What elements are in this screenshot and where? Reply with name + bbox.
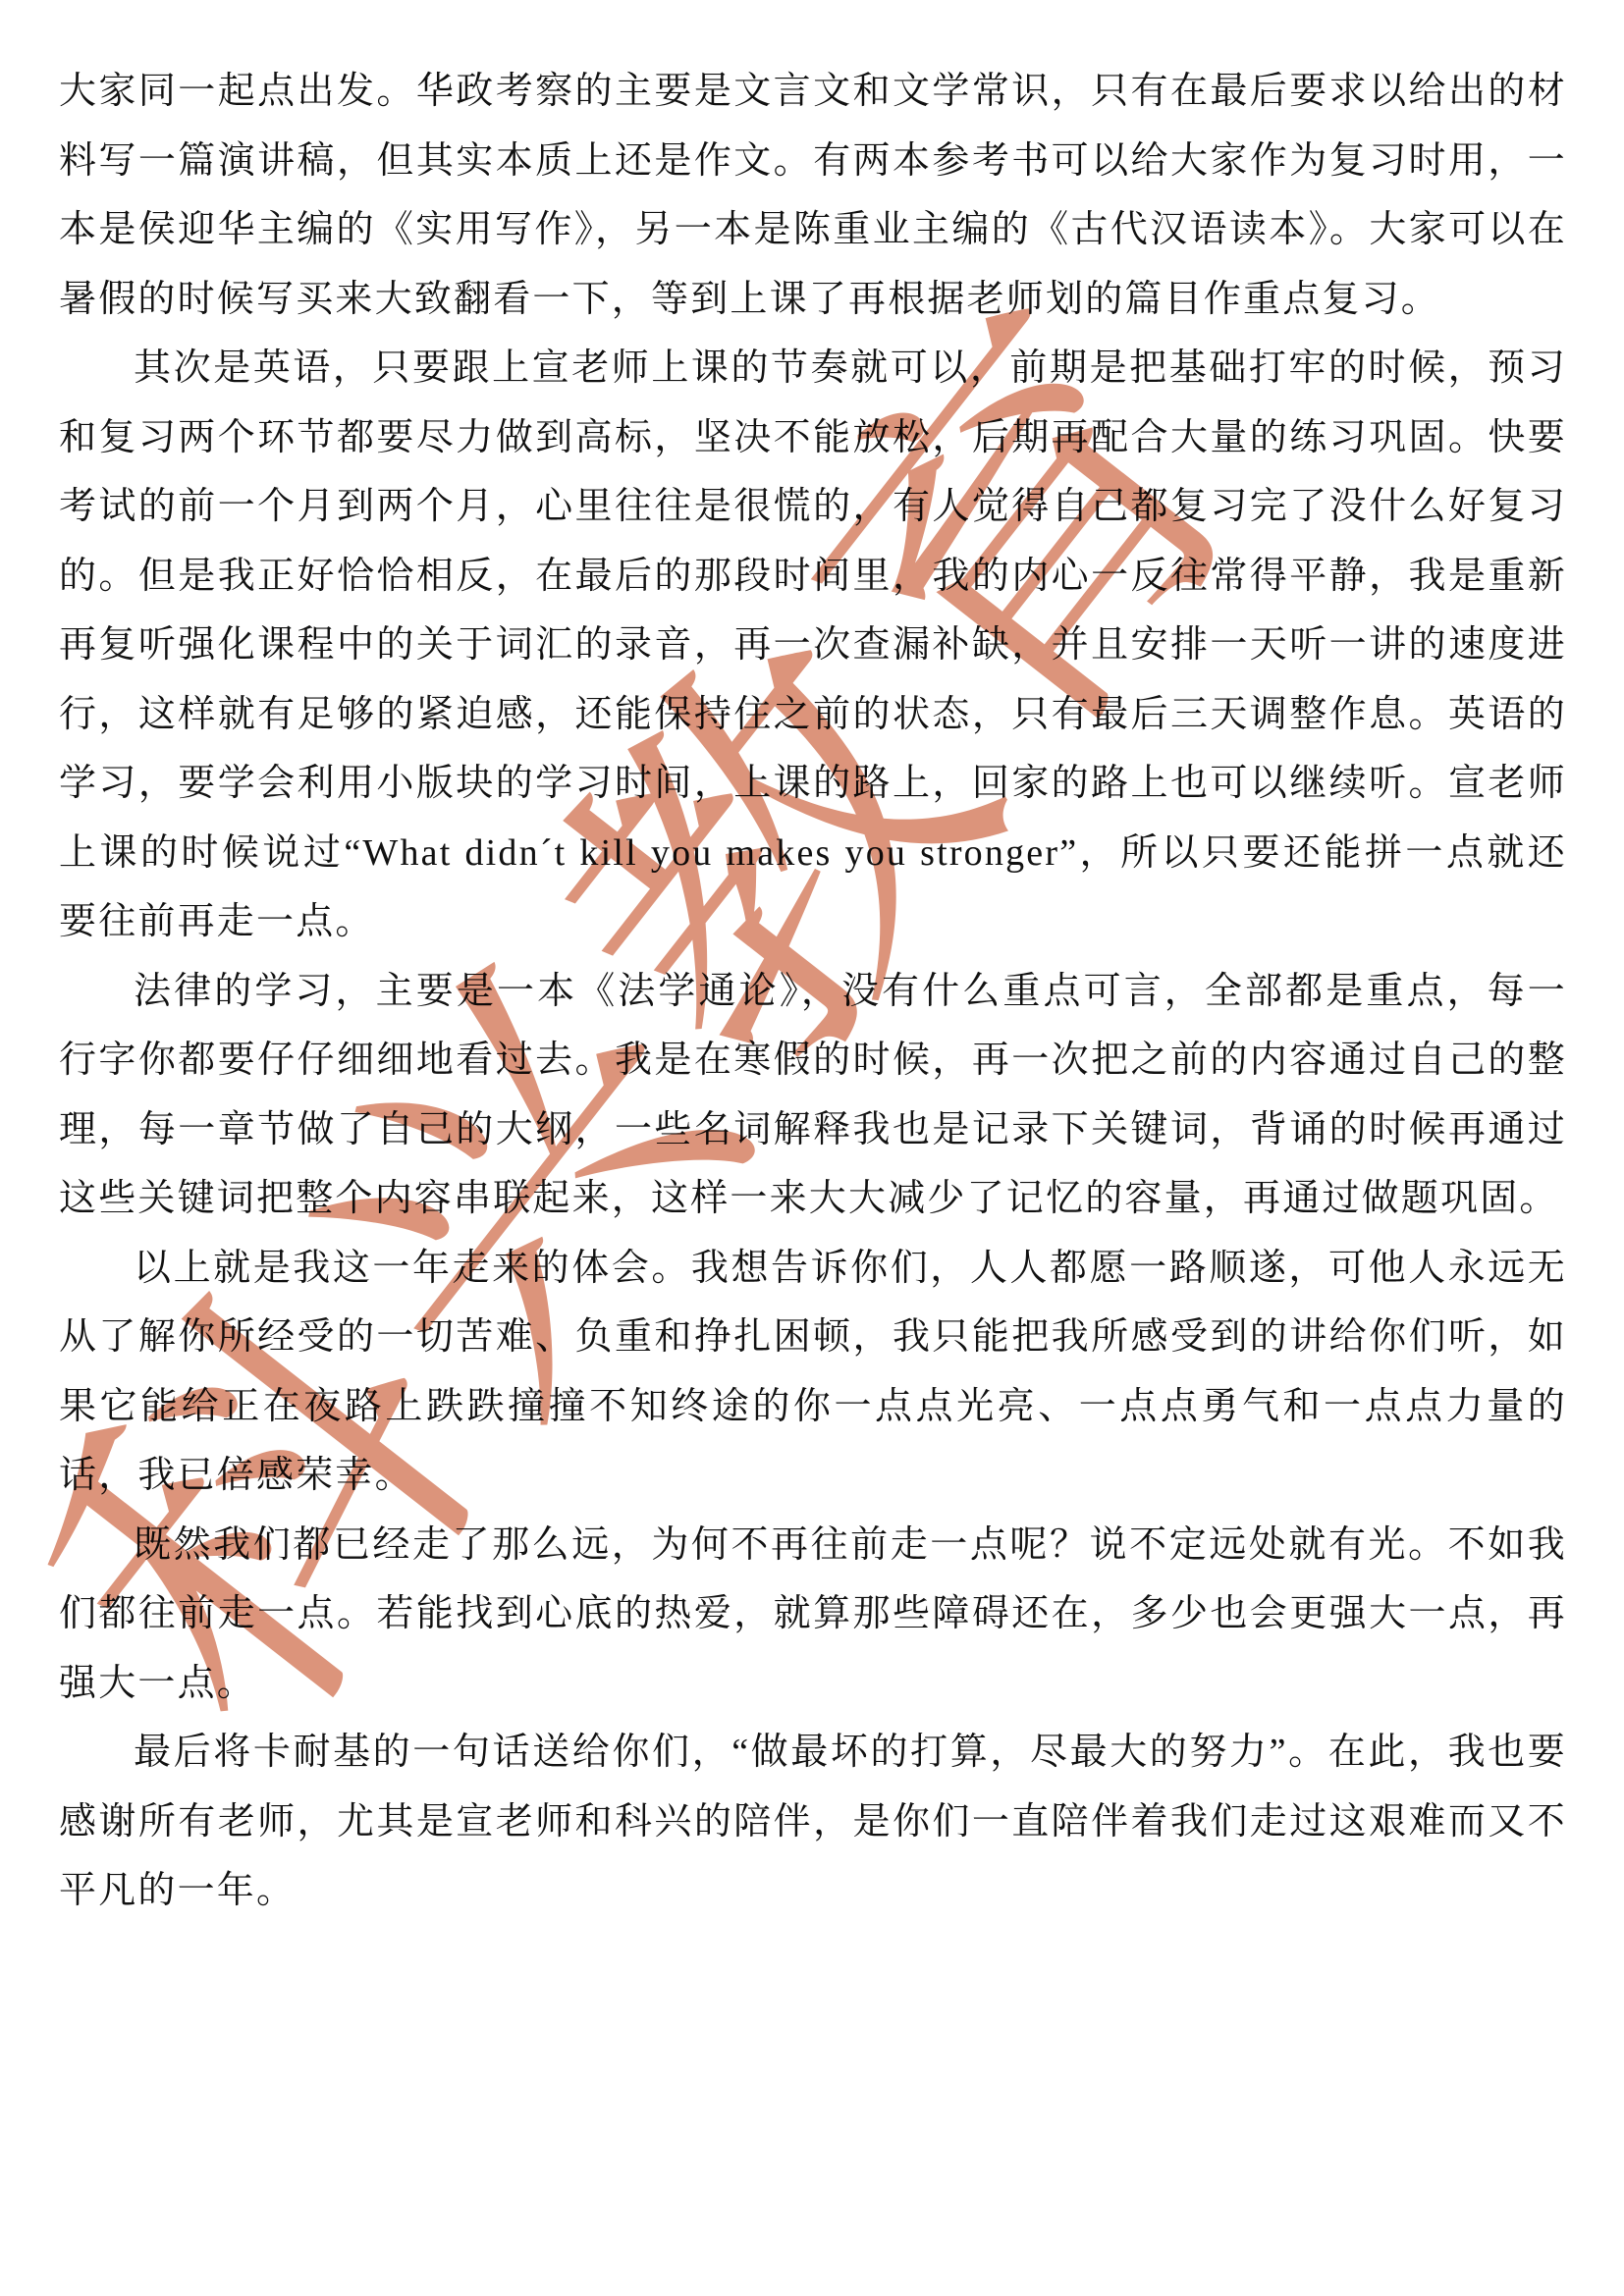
paragraph: 最后将卡耐基的一句话送给你们，“做最坏的打算，尽最大的努力”。在此，我也要感谢所… xyxy=(59,1718,1567,1926)
paragraph: 大家同一起点出发。华政考察的主要是文言文和文学常识，只有在最后要求以给出的材料写… xyxy=(59,57,1567,334)
paragraph: 法律的学习，主要是一本《法学通论》，没有什么重点可言，全部都是重点，每一行字你都… xyxy=(59,957,1567,1234)
paragraph: 其次是英语，只要跟上宣老师上课的节奏就可以，前期是把基础打牢的时候，预习和复习两… xyxy=(59,334,1567,957)
paragraph: 既然我们都已经走了那么远，为何不再往前走一点呢？说不定远处就有光。不如我们都往前… xyxy=(59,1511,1567,1719)
document-body: 大家同一起点出发。华政考察的主要是文言文和文学常识，只有在最后要求以给出的材料写… xyxy=(59,57,1567,1926)
paragraph: 以上就是我这一年走来的体会。我想告诉你们，人人都愿一路顺遂，可他人永远无从了解你… xyxy=(59,1234,1567,1511)
document-page: 科兴教育 大家同一起点出发。华政考察的主要是文言文和文学常识，只有在最后要求以给… xyxy=(0,0,1624,2296)
